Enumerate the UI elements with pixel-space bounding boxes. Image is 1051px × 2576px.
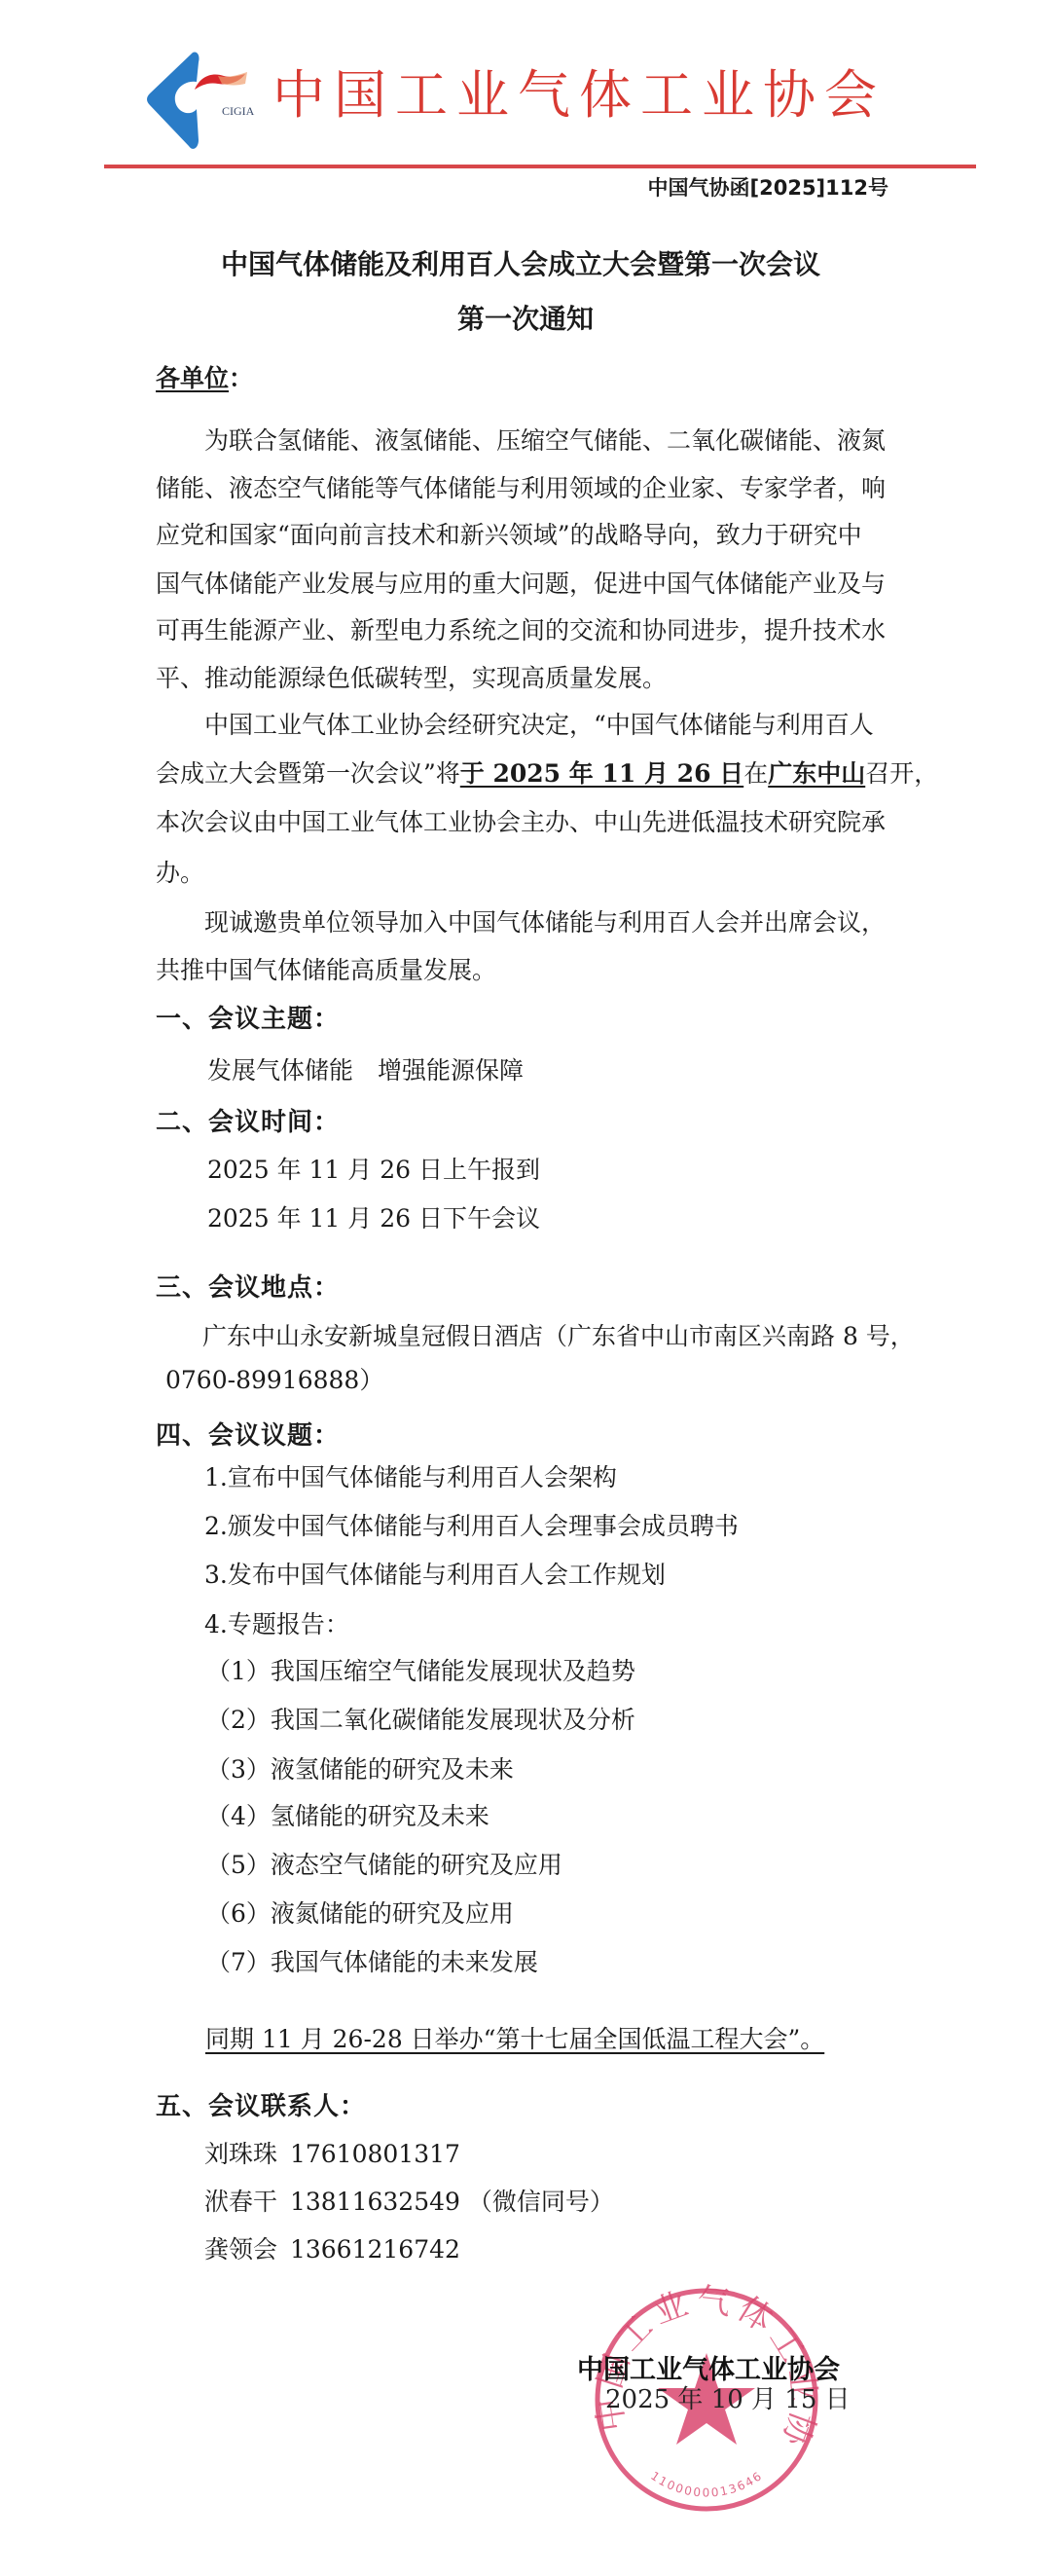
document-title: 中国气体储能及利用百人会成立大会暨第一次会议 — [0, 247, 1046, 282]
paragraph-line: 储能、液态空气储能等气体储能与利用领域的企业家、专家学者，响 — [156, 474, 886, 503]
paragraph-line: 国气体储能产业发展与应用的重大问题，促进中国气体储能产业及与 — [156, 570, 886, 599]
document-number: 中国气协函[2025]112号 — [648, 174, 888, 202]
contact-row: 洑春干 13811632549 （微信同号） — [204, 2188, 614, 2217]
text-span: 召开， — [865, 759, 938, 788]
signature-date: 2025 年 10 月 15 日 — [605, 2385, 851, 2414]
report-item: （5）液态空气储能的研究及应用 — [206, 1851, 562, 1880]
venue-phone: 0760-89916888） — [165, 1366, 383, 1395]
venue-address: 广东中山永安新城皇冠假日酒店（广东省中山市南区兴南路 8 号， — [202, 1322, 915, 1351]
salutation-colon: ： — [229, 364, 253, 392]
section-heading-time: 二、会议时间： — [156, 1107, 340, 1138]
report-item: （4）氢储能的研究及未来 — [206, 1802, 489, 1831]
report-item: （3）液氢储能的研究及未来 — [206, 1755, 514, 1785]
text-span: 会成立大会暨第一次会议”将 — [156, 759, 460, 788]
contact-row: 龚领会 13661216742 — [204, 2235, 460, 2264]
contact-name: 刘珠珠 — [204, 2140, 282, 2169]
contact-remark: （微信同号） — [468, 2188, 614, 2216]
contact-name: 龚领会 — [204, 2235, 282, 2264]
report-item: （7）我国气体储能的未来发展 — [206, 1948, 538, 1977]
contact-name: 洑春干 — [204, 2188, 282, 2217]
agenda-item: 4.专题报告： — [204, 1610, 349, 1639]
paragraph-line: 现诚邀贵单位领导加入中国气体储能与利用百人会并出席会议， — [204, 908, 886, 938]
salutation-text: 各单位 — [156, 364, 229, 392]
paragraph-line: 本次会议由中国工业气体工业协会主办、中山先进低温技术研究院承 — [156, 808, 886, 837]
time-item: 2025 年 11 月 26 日下午会议 — [207, 1204, 540, 1233]
document-subtitle: 第一次通知 — [0, 302, 1051, 337]
agenda-item: 3.发布中国气体储能与利用百人会工作规划 — [204, 1561, 666, 1590]
section-heading-contacts: 五、会议联系人： — [156, 2091, 366, 2122]
agenda-item: 2.颁发中国气体储能与利用百人会理事会成员聘书 — [204, 1512, 739, 1541]
svg-text:CIGIA: CIGIA — [222, 104, 255, 118]
meeting-place-highlight: 广东中山 — [768, 759, 865, 788]
paragraph-line: 可再生能源产业、新型电力系统之间的交流和协同进步，提升技术水 — [156, 616, 886, 645]
paragraph-line: 会成立大会暨第一次会议”将于 2025 年 11 月 26 日在广东中山召开， — [156, 759, 938, 789]
paragraph-line: 应党和国家“面向前言技术和新兴领域”的战略导向，致力于研究中 — [156, 521, 862, 550]
theme-content: 发展气体储能 增强能源保障 — [207, 1056, 524, 1086]
report-item: （1）我国压缩空气储能发展现状及趋势 — [206, 1657, 635, 1686]
meeting-date-highlight: 于 2025 年 11 月 26 日 — [460, 759, 743, 788]
letterhead-org-name: 中国工业气体工业协会 — [272, 64, 886, 127]
time-item: 2025 年 11 月 26 日上午报到 — [207, 1156, 540, 1185]
paragraph-line: 平、推动能源绿色低碳转型，实现高质量发展。 — [156, 664, 667, 693]
cigia-logo-icon: CIGIA — [146, 51, 263, 152]
contact-phone: 13811632549 — [290, 2188, 460, 2216]
text-span: 在 — [743, 759, 768, 788]
paragraph-line: 为联合氢储能、液氢储能、压缩空气储能、二氧化碳储能、液氮 — [204, 426, 886, 456]
report-item: （6）液氮储能的研究及应用 — [206, 1899, 514, 1929]
signature-organization: 中国工业气体工业协会 — [577, 2356, 840, 2385]
section-heading-agenda: 四、会议议题： — [156, 1420, 340, 1452]
contact-phone: 13661216742 — [290, 2235, 460, 2263]
agenda-item: 1.宣布中国气体储能与利用百人会架构 — [204, 1463, 617, 1492]
svg-text:1100000013646: 1100000013646 — [648, 2468, 765, 2499]
concurrent-event-note: 同期 11 月 26-28 日举办“第十七届全国低温工程大会”。 — [205, 2025, 832, 2054]
paragraph-line: 办。 — [156, 859, 204, 888]
letterhead-red-rule — [104, 165, 976, 168]
contact-row: 刘珠珠 17610801317 — [204, 2140, 460, 2169]
paragraph-line: 共推中国气体储能高质量发展。 — [156, 956, 496, 985]
section-heading-venue: 三、会议地点： — [156, 1272, 340, 1304]
report-item: （2）我国二氧化碳储能发展现状及分析 — [206, 1706, 635, 1735]
paragraph-line: 中国工业气体工业协会经研究决定，“中国气体储能与利用百人 — [204, 711, 874, 740]
section-heading-theme: 一、会议主题： — [156, 1004, 340, 1035]
salutation: 各单位： — [156, 364, 253, 393]
contact-phone: 17610801317 — [290, 2140, 460, 2168]
